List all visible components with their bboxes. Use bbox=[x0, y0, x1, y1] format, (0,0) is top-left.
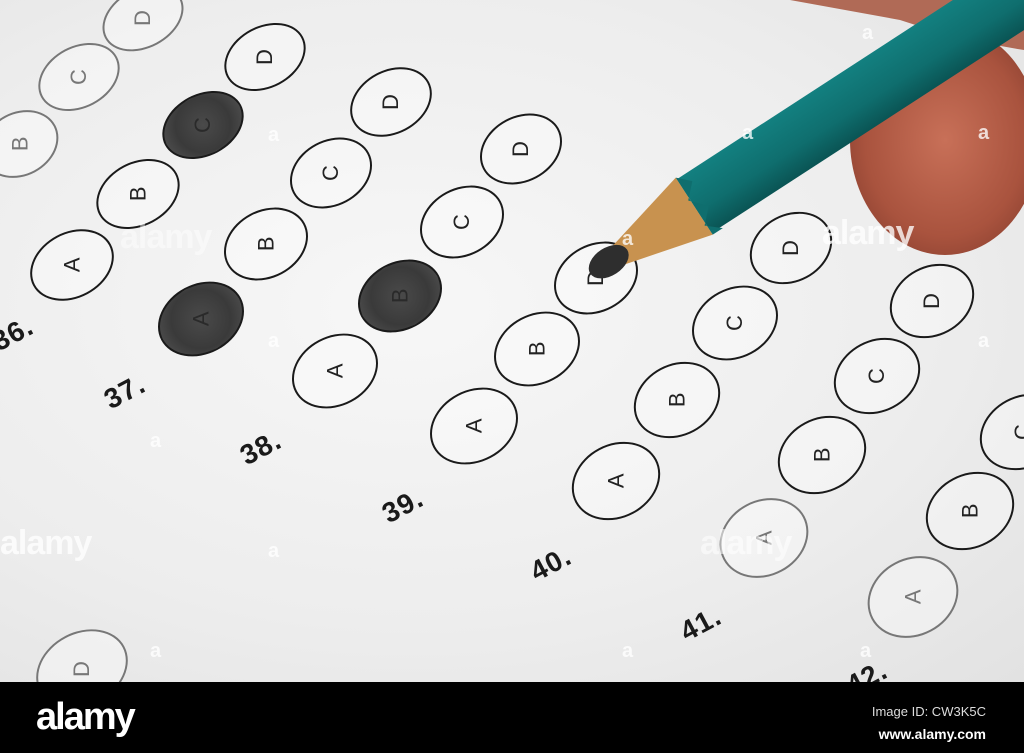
watermark-mark: a bbox=[862, 22, 873, 45]
watermark-mark: a bbox=[978, 122, 989, 145]
image-id: Image ID: CW3K5C bbox=[872, 704, 986, 719]
photo: D C B D C B A D C B A D C B A D B A D C … bbox=[0, 0, 1024, 682]
watermark-mark: a bbox=[978, 330, 989, 353]
watermark-mark: a bbox=[150, 430, 161, 453]
footer-bar: alamy Image ID: CW3K5C www.alamy.com bbox=[0, 682, 1024, 753]
watermark: alamy bbox=[0, 524, 91, 563]
watermark-mark: a bbox=[150, 640, 161, 663]
watermark-mark: a bbox=[268, 330, 279, 353]
alamy-logo: alamy bbox=[36, 696, 134, 739]
site-url: www.alamy.com bbox=[879, 726, 986, 742]
watermark-mark: a bbox=[622, 640, 633, 663]
watermark-mark: a bbox=[268, 540, 279, 563]
watermark-mark: a bbox=[742, 122, 753, 145]
watermark-mark: a bbox=[268, 124, 279, 147]
watermark: alamy bbox=[700, 524, 791, 563]
watermark: alamy bbox=[822, 214, 913, 253]
watermark: alamy bbox=[120, 218, 211, 257]
watermark-mark: a bbox=[860, 640, 871, 663]
pencil bbox=[0, 0, 1024, 682]
watermark-mark: a bbox=[622, 228, 633, 251]
